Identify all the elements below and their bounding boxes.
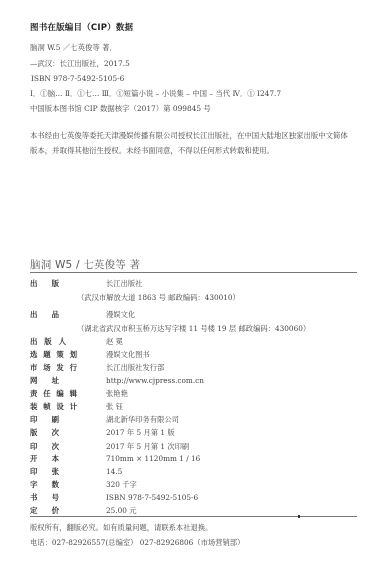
- cip-line-publisher: —武汉：长江出版社，2017.5: [30, 58, 130, 69]
- colophon-row: 责任编辑张艳艳: [30, 387, 128, 400]
- label-char: 出: [30, 278, 37, 289]
- colophon-label: 出版人: [30, 336, 66, 347]
- colophon-row: 版次2017 年 5 月第 1 版: [30, 426, 175, 439]
- colophon-address: （武汉市解放大道 1863 号 邮政编码：430010）: [77, 293, 240, 303]
- label-char: 帧: [43, 401, 50, 412]
- colophon-value: 2017 年 5 月第 1 版: [106, 428, 175, 438]
- license-statement: 本书经由七英俊等委托天津漫娱传播有限公司授权长江出版社，在中国大陆地区独家出版中…: [30, 128, 348, 158]
- colophon-row: 出版长江出版社: [30, 277, 142, 290]
- label-char: 刷: [52, 414, 59, 425]
- colophon-row: 市场发行长江出版社发行部: [30, 361, 164, 374]
- colophon-row: 网址http://www.cjpress.com.cn: [30, 374, 204, 387]
- colophon-row: 印刷湖北新华印务有限公司: [30, 413, 179, 426]
- label-char: 字: [30, 479, 37, 490]
- label-char: 品: [52, 309, 59, 320]
- colophon-label: 印张: [30, 466, 59, 477]
- rights-notice: 版权所有，翻版必究。如有质量问题，请联系本社退换。: [30, 523, 212, 533]
- label-char: 发: [56, 362, 63, 373]
- colophon-value: 长江出版社发行部: [106, 363, 164, 373]
- colophon-row: 出品漫娱文化: [30, 308, 135, 321]
- label-char: 辑: [70, 388, 77, 399]
- label-char: 题: [43, 349, 50, 360]
- colophon-label: 选题策划: [30, 349, 77, 360]
- label-char: 人: [59, 336, 66, 347]
- label-char: 出: [30, 336, 37, 347]
- label-char: 本: [52, 453, 59, 464]
- colophon-value: 赵 冕: [106, 337, 123, 347]
- colophon-value: 漫娱文化: [106, 310, 135, 320]
- label-char: 选: [30, 349, 37, 360]
- label-char: 市: [30, 362, 37, 373]
- colophon-value: ISBN 978-7-5492-5105-6: [106, 493, 198, 502]
- label-char: 价: [52, 505, 59, 516]
- label-char: 任: [43, 388, 50, 399]
- label-char: 网: [30, 375, 37, 386]
- colophon-label: 版次: [30, 427, 59, 438]
- cip-line-classification: Ⅰ．①脑… Ⅱ．①七… Ⅲ．①短篇小说 – 小说集 – 中国 – 当代 Ⅳ．① …: [30, 88, 281, 99]
- label-char: 计: [70, 401, 77, 412]
- colophon-label: 字数: [30, 479, 59, 490]
- label-char: 场: [43, 362, 50, 373]
- colophon-value: 320 千字: [106, 480, 137, 490]
- cip-heading: 图书在版编目（CIP）数据: [30, 21, 133, 33]
- label-char: 装: [30, 401, 37, 412]
- colophon-row: 书号ISBN 978-7-5492-5105-6: [30, 491, 198, 504]
- colophon-value: http://www.cjpress.com.cn: [106, 376, 204, 385]
- label-char: 号: [52, 492, 59, 503]
- colophon-label: 印刷: [30, 414, 59, 425]
- label-char: 印: [30, 414, 37, 425]
- label-char: 定: [30, 505, 37, 516]
- colophon-row: 印张14.5: [30, 465, 122, 478]
- label-char: 策: [56, 349, 63, 360]
- label-char: 开: [30, 453, 37, 464]
- colophon-value: 漫娱文化图书: [106, 350, 150, 360]
- colophon-row: 开本710mm × 1120mm 1 / 16: [30, 452, 200, 465]
- colophon-address: （湖北省武汉市积玉桥万达写字楼 11 号楼 19 层 邮政编码：430060）: [77, 324, 310, 334]
- colophon-value: 张艳艳: [106, 389, 128, 399]
- colophon-value: 14.5: [106, 467, 122, 476]
- colophon-row: 字数320 千字: [30, 478, 137, 491]
- colophon-row: 装帧设计张 钰: [30, 400, 123, 413]
- label-char: 行: [70, 362, 77, 373]
- label-char: 数: [52, 479, 59, 490]
- colophon-label: 出版: [30, 278, 59, 289]
- contact-phone: 电话：027-82926557(总编室） 027-82926806（市场营销部）: [30, 538, 244, 548]
- colophon-label: 印次: [30, 441, 59, 452]
- label-char: 设: [56, 401, 63, 412]
- cip-line-isbn: ISBN 978-7-5492-5105-6: [31, 74, 124, 83]
- colophon-label: 书号: [30, 492, 59, 503]
- colophon-label: 责任编辑: [30, 388, 77, 399]
- label-char: 版: [52, 278, 59, 289]
- colophon-value: 张 钰: [106, 402, 123, 412]
- colophon-label: 装帧设计: [30, 401, 77, 412]
- book-title: 脑洞 W5 / 七英俊等 著: [30, 257, 140, 272]
- colophon-label: 出品: [30, 309, 59, 320]
- bottom-divider: [30, 516, 357, 517]
- label-char: 出: [30, 309, 37, 320]
- colophon-value: 710mm × 1120mm 1 / 16: [106, 454, 200, 463]
- label-char: 版: [30, 427, 37, 438]
- label-char: 划: [70, 349, 77, 360]
- label-char: 责: [30, 388, 37, 399]
- colophon-label: 开本: [30, 453, 59, 464]
- label-char: 印: [30, 466, 37, 477]
- colophon-row: 出版人赵 冕: [30, 335, 123, 348]
- colophon-label: 网址: [30, 375, 59, 386]
- colophon-value: 长江出版社: [106, 279, 142, 289]
- colophon-label: 市场发行: [30, 362, 77, 373]
- divider-mark: [298, 515, 300, 518]
- label-char: 版: [44, 336, 51, 347]
- label-char: 次: [52, 441, 59, 452]
- label-char: 址: [52, 375, 59, 386]
- cip-line-record-number: 中国版本图书馆 CIP 数据核字（2017）第 099845 号: [30, 103, 211, 114]
- colophon-value: 2017 年 5 月第 1 次印刷: [106, 442, 189, 452]
- copyright-page: 图书在版编目（CIP）数据 脑洞 W.5 ／七英俊等 著． —武汉：长江出版社，…: [0, 0, 375, 585]
- label-char: 书: [30, 492, 37, 503]
- colophon-value: 湖北新华印务有限公司: [106, 415, 179, 425]
- top-divider: [30, 272, 357, 273]
- label-char: 印: [30, 441, 37, 452]
- colophon-value: 25.00 元: [106, 506, 137, 516]
- label-char: 次: [52, 427, 59, 438]
- colophon-row: 选题策划漫娱文化图书: [30, 348, 150, 361]
- colophon-label: 定价: [30, 505, 59, 516]
- cip-line-title: 脑洞 W.5 ／七英俊等 著．: [30, 42, 117, 53]
- label-char: 张: [52, 466, 59, 477]
- label-char: 编: [56, 388, 63, 399]
